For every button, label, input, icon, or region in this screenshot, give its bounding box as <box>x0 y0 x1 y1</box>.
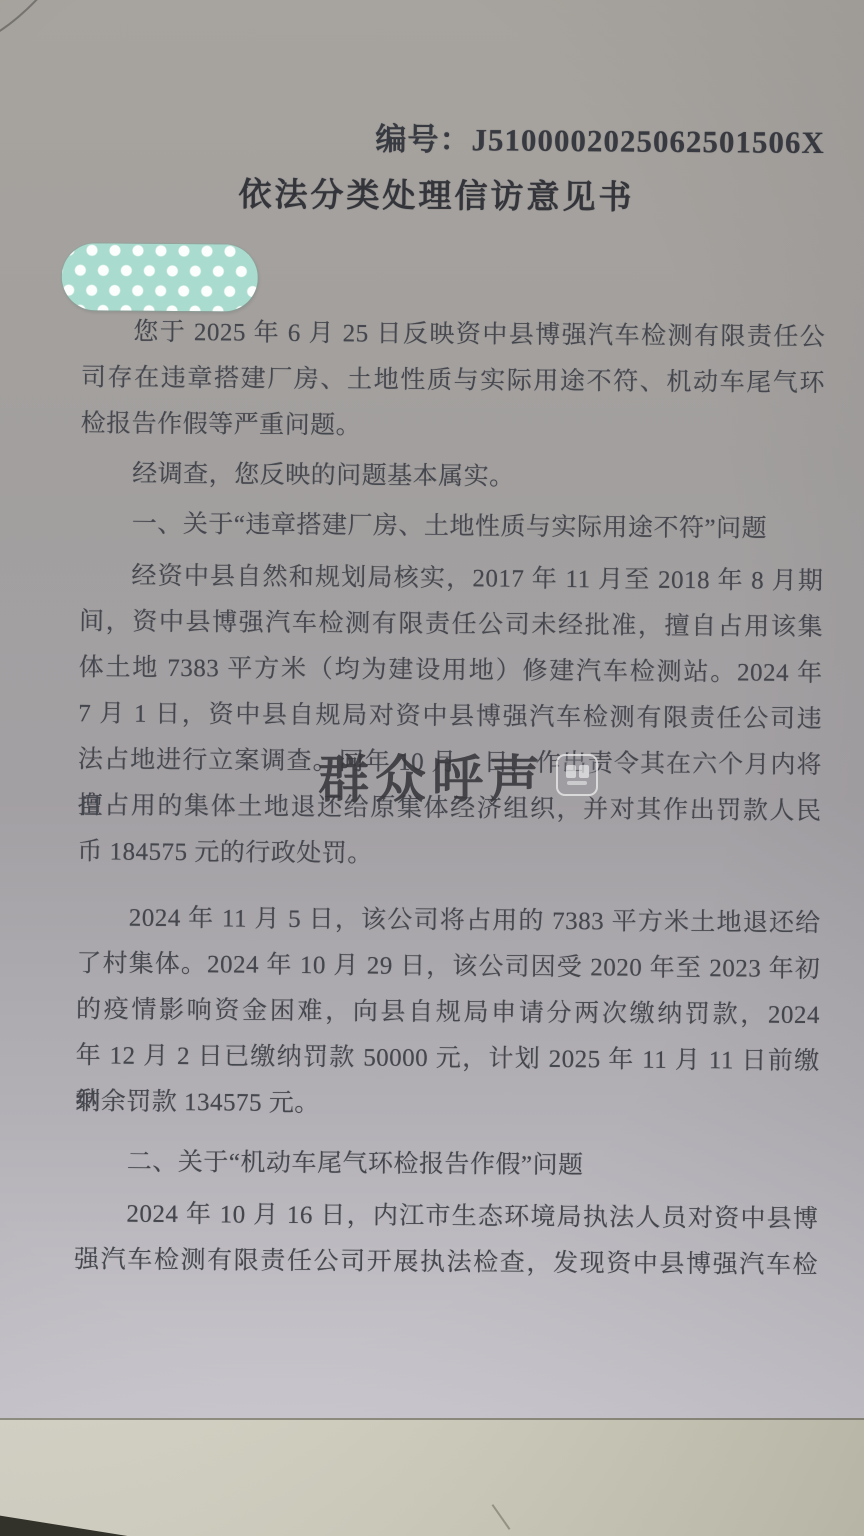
watermark-text: 群众呼声 <box>318 738 546 812</box>
desk-surface <box>0 1418 864 1536</box>
doc-line: 7 月 1 日，资中县自规局对资中县博强汽车检测有限责任公司违 <box>78 691 822 743</box>
doc-line: 一、关于“违章搭建厂房、土地性质与实际用途不符”问题 <box>80 501 824 553</box>
paragraph: 2024 年 11 月 5 日，该公司将占用的 7383 平方米土地退还给 了村… <box>75 895 821 1131</box>
doc-line: 检报告作假等严重问题。 <box>80 401 824 453</box>
paragraph: 您于 2025 年 6 月 25 日反映资中县博强汽车检测有限责任公 司存在违章… <box>80 309 825 453</box>
doc-line: 司存在违章搭建厂房、土地性质与实际用途不符、机动车尾气环 <box>81 355 825 407</box>
desk-shadow-wedge <box>0 1506 140 1536</box>
watermark: 群众呼声 <box>318 738 598 812</box>
doc-line: 了村集体。2024 年 10 月 29 日，该公司因受 2020 年至 2023… <box>76 941 820 993</box>
paragraph: 2024 年 10 月 16 日，内江市生态环境局执法人员对资中县博 强汽车检测… <box>74 1191 819 1289</box>
doc-line: 年 12 月 2 日已缴纳罚款 50000 元，计划 2025 年 11 月 1… <box>75 1033 819 1085</box>
doc-line: 体土地 7383 平方米（均为建设用地）修建汽车检测站。2024 年 <box>79 645 823 697</box>
page-title: 依法分类处理信访意见书 <box>4 167 864 221</box>
doc-line: 的疫情影响资金困难，向县自规局申请分两次缴纳罚款，2024 <box>76 987 820 1039</box>
doc-line: 间，资中县博强汽车检测有限责任公司未经批准，擅自占用该集 <box>79 599 823 651</box>
doc-line: 强汽车检测有限责任公司开展执法检查，发现资中县博强汽车检 <box>74 1237 818 1289</box>
doc-line: 2024 年 10 月 16 日，内江市生态环境局执法人员对资中县博 <box>74 1191 818 1243</box>
paragraph: 一、关于“违章搭建厂房、土地性质与实际用途不符”问题 <box>80 501 824 553</box>
photographed-document: 编号：J5100002025062501506X 依法分类处理信访意见书 您于 … <box>0 0 864 1536</box>
paragraph: 经调查，您反映的问题基本属实。 <box>80 451 824 503</box>
doc-line: 您于 2025 年 6 月 25 日反映资中县博强汽车检测有限责任公 <box>81 309 825 361</box>
redaction-sticker <box>62 243 259 312</box>
paragraph: 经资中县自然和规划局核实，2017 年 11 月至 2018 年 8 月期 间，… <box>77 553 824 881</box>
paragraph: 二、关于“机动车尾气环检报告作假”问题 <box>75 1139 819 1191</box>
serial-number: 编号：J5100002025062501506X <box>5 111 825 162</box>
watermark-app-icon <box>556 754 598 796</box>
doc-line: 币 184575 元的行政处罚。 <box>77 829 821 881</box>
doc-line: 二、关于“机动车尾气环检报告作假”问题 <box>75 1139 819 1191</box>
doc-line: 剩余罚款 134575 元。 <box>75 1079 819 1131</box>
doc-line: 经调查，您反映的问题基本属实。 <box>80 451 824 503</box>
doc-line: 2024 年 11 月 5 日，该公司将占用的 7383 平方米土地退还给 <box>77 895 821 947</box>
doc-line: 经资中县自然和规划局核实，2017 年 11 月至 2018 年 8 月期 <box>79 553 823 605</box>
